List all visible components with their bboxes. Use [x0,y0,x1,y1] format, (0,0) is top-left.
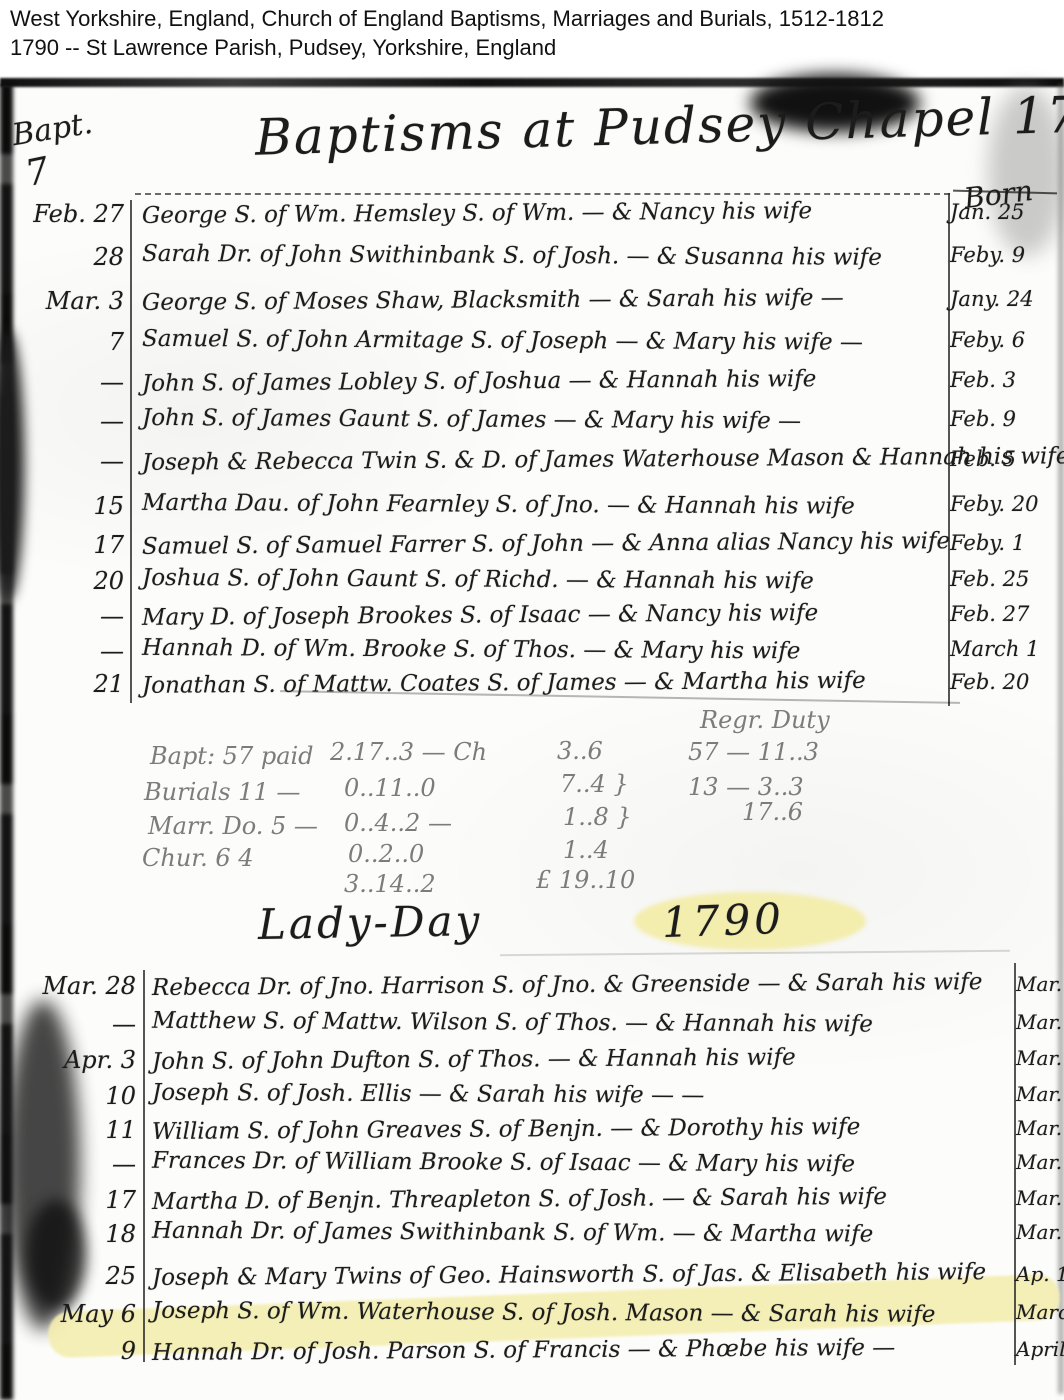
baptism-entry: William S. of John Greaves S. of Benjn. … [152,1113,1012,1145]
baptism-entry: George S. of Moses Shaw, Blacksmith — & … [142,284,948,316]
baptism-date: — [4,368,124,396]
baptism-date: — [4,1150,136,1178]
baptism-date: 21 [4,670,124,698]
duty-label: Regr. Duty [700,706,830,734]
subtitle-lady-day: Lady-Day [258,896,483,949]
table-row: — Joseph & Rebecca Twin S. & D. of James… [0,447,1064,487]
accounts-text: Burials 11 — [144,778,300,806]
baptism-date: — [4,602,124,630]
baptism-entry: John S. of John Dufton S. of Thos. — & H… [152,1043,1012,1075]
table-row: 15 Martha Dau. of John Fearnley S. of Jn… [0,492,1064,532]
accounts-text: 0..4..2 — [344,809,452,837]
accounts-text: 3..14..2 [344,870,436,898]
baptism-date: — [4,447,124,475]
baptism-date: Feb. 27 [4,200,124,228]
baptism-date: 28 [4,243,124,271]
birth-date: Mar. 11 [1016,1220,1064,1244]
caption-line-2: 1790 -- St Lawrence Parish, Pudsey, York… [10,33,1050,62]
record-caption: West Yorkshire, England, Church of Engla… [10,4,1050,62]
baptism-date: 10 [4,1082,136,1110]
baptism-date: — [4,407,124,435]
baptism-entry: Jonathan S. of Mattw. Coates S. of James… [142,667,948,699]
birth-date: Mar. 12 [1016,1046,1064,1070]
table-row: Mar. 28 Rebecca Dr. of Jno. Harrison S. … [0,972,1064,1012]
accounts-text: 0..2..0 [348,840,424,868]
accounts-text: Marr. Do. 5 — [148,812,318,840]
baptism-entry: George S. of Wm. Hemsley S. of Wm. — & N… [142,197,948,229]
baptism-entry: Hannah Dr. of James Swithinbank S. of Wm… [152,1218,1012,1249]
baptism-entry: Joseph & Rebecca Twin S. & D. of James W… [142,444,948,476]
birth-date: Mar. 7 [1016,1116,1064,1140]
birth-date: Feby. 9 [950,243,1062,267]
birth-date: Feb. 25 [950,567,1062,591]
subtitle-year: 1790 [661,894,786,947]
baptism-date: 25 [4,1262,136,1290]
table-row: 25 Joseph & Mary Twins of Geo. Hainswort… [0,1262,1064,1302]
baptism-date: 11 [4,1116,136,1144]
baptism-date: 7 [4,328,124,356]
accounts-text: Chur. 6 4 [142,844,254,872]
baptism-date: 18 [4,1220,136,1248]
baptism-entry: Joseph & Mary Twins of Geo. Hainsworth S… [152,1259,1012,1291]
baptism-date: Mar. 28 [4,972,136,1000]
baptism-entry: Hannah D. of Wm. Brooke S. of Thos. — & … [142,635,948,665]
table-row: — John S. of James Lobley S. of Joshua —… [0,368,1064,408]
baptism-entry: John S. of James Lobley S. of Joshua — &… [142,365,948,397]
baptism-entry: Rebecca Dr. of Jno. Harrison S. of Jno. … [152,969,1012,1001]
baptism-date: 9 [4,1337,136,1365]
accounts-text: 7..4 } [560,770,629,798]
table-row: Mar. 3 George S. of Moses Shaw, Blacksmi… [0,287,1064,327]
accounts-text: £ 19..10 [536,866,635,894]
baptism-entry: Joseph S. of Wm. Waterhouse S. of Josh. … [152,1298,1012,1329]
birth-date: Mar. 14 [1016,1150,1064,1174]
table-row: 7 Samuel S. of John Armitage S. of Josep… [0,328,1064,368]
baptism-entry: Martha D. of Benjn. Threapleton S. of Jo… [152,1183,1012,1215]
baptism-entry: Matthew S. of Mattw. Wilson S. of Thos. … [152,1008,1012,1039]
baptism-date: — [4,1010,136,1038]
birth-date: Feby. 1 [950,531,1062,555]
birth-date: March 21 [1016,1300,1064,1324]
baptism-entry: Sarah Dr. of John Swithinbank S. of Josh… [142,241,948,271]
accounts-text: 0..11..0 [344,774,436,802]
birth-date: Mar. 18 [1016,1082,1064,1106]
baptism-entry: Joseph S. of Josh. Ellis — & Sarah his w… [152,1080,1012,1111]
baptism-date: 20 [4,567,124,595]
birth-date: Feb. 9 [950,407,1062,431]
birth-date: Feb. 27 [950,602,1062,626]
accounts-text: 13 — 3..3 [688,773,804,801]
table-row: — John S. of James Gaunt S. of James — &… [0,407,1064,447]
baptism-entry: Samuel S. of Samuel Farrer S. of John — … [142,528,948,560]
accounts-text: 2.17..3 — Ch [330,738,487,766]
caption-line-1: West Yorkshire, England, Church of Engla… [10,4,1050,33]
birth-date: Jan. 25 [950,200,1062,224]
baptism-date: 17 [4,531,124,559]
birth-date: Feby. 6 [950,328,1062,352]
birth-date: Mar. 7 [1016,972,1064,996]
birth-date: Feb. 20 [950,670,1062,694]
accounts-text: 3..6 [557,737,603,765]
birth-date: Feb. 5 [950,447,1062,471]
baptism-entry: Hannah Dr. of Josh. Parson S. of Francis… [152,1334,1012,1366]
table-row: 28 Sarah Dr. of John Swithinbank S. of J… [0,243,1064,283]
accounts-text: 17..6 [742,798,803,826]
baptism-date: Mar. 3 [4,287,124,315]
baptism-entry: Martha Dau. of John Fearnley S. of Jno. … [142,490,948,520]
birth-date: April 14 [1016,1337,1064,1361]
baptism-date: 17 [4,1186,136,1214]
baptism-entry: John S. of James Gaunt S. of James — & M… [142,405,948,435]
accounts-text: 1..4 [563,836,609,864]
birth-date: March 1 [950,637,1062,661]
header-rule [135,193,950,195]
birth-date: Jany. 24 [950,287,1062,311]
baptism-entry: Samuel S. of John Armitage S. of Joseph … [142,326,948,356]
table-row: Feb. 27 George S. of Wm. Hemsley S. of W… [0,200,1064,240]
baptism-entry: Mary D. of Joseph Brookes S. of Isaac — … [142,599,948,631]
birth-date: Mar. 9 [1016,1010,1064,1034]
birth-date: Ap. 1 [1016,1262,1064,1286]
baptism-entry: Frances Dr. of William Brooke S. of Isaa… [152,1148,1012,1179]
baptism-date: — [4,637,124,665]
baptism-date: Apr. 3 [4,1046,136,1074]
table-row: 9 Hannah Dr. of Josh. Parson S. of Franc… [0,1337,1064,1377]
baptism-date: 15 [4,492,124,520]
birth-date: Feby. 20 [950,492,1062,516]
birth-date: Mar. 18 [1016,1186,1064,1210]
birth-date: Feb. 3 [950,368,1062,392]
table-row: 18 Hannah Dr. of James Swithinbank S. of… [0,1220,1064,1260]
accounts-text: 1..8 } [563,803,632,831]
baptism-entry: Joshua S. of John Gaunt S. of Richd. — &… [142,565,948,595]
screenshot-root: West Yorkshire, England, Church of Engla… [0,0,1064,1400]
baptism-date: May 6 [4,1300,136,1328]
accounts-text: Bapt: 57 paid [150,742,314,770]
accounts-text: 57 — 11..3 [688,738,819,766]
table-row: 21 Jonathan S. of Mattw. Coates S. of Ja… [0,670,1064,710]
